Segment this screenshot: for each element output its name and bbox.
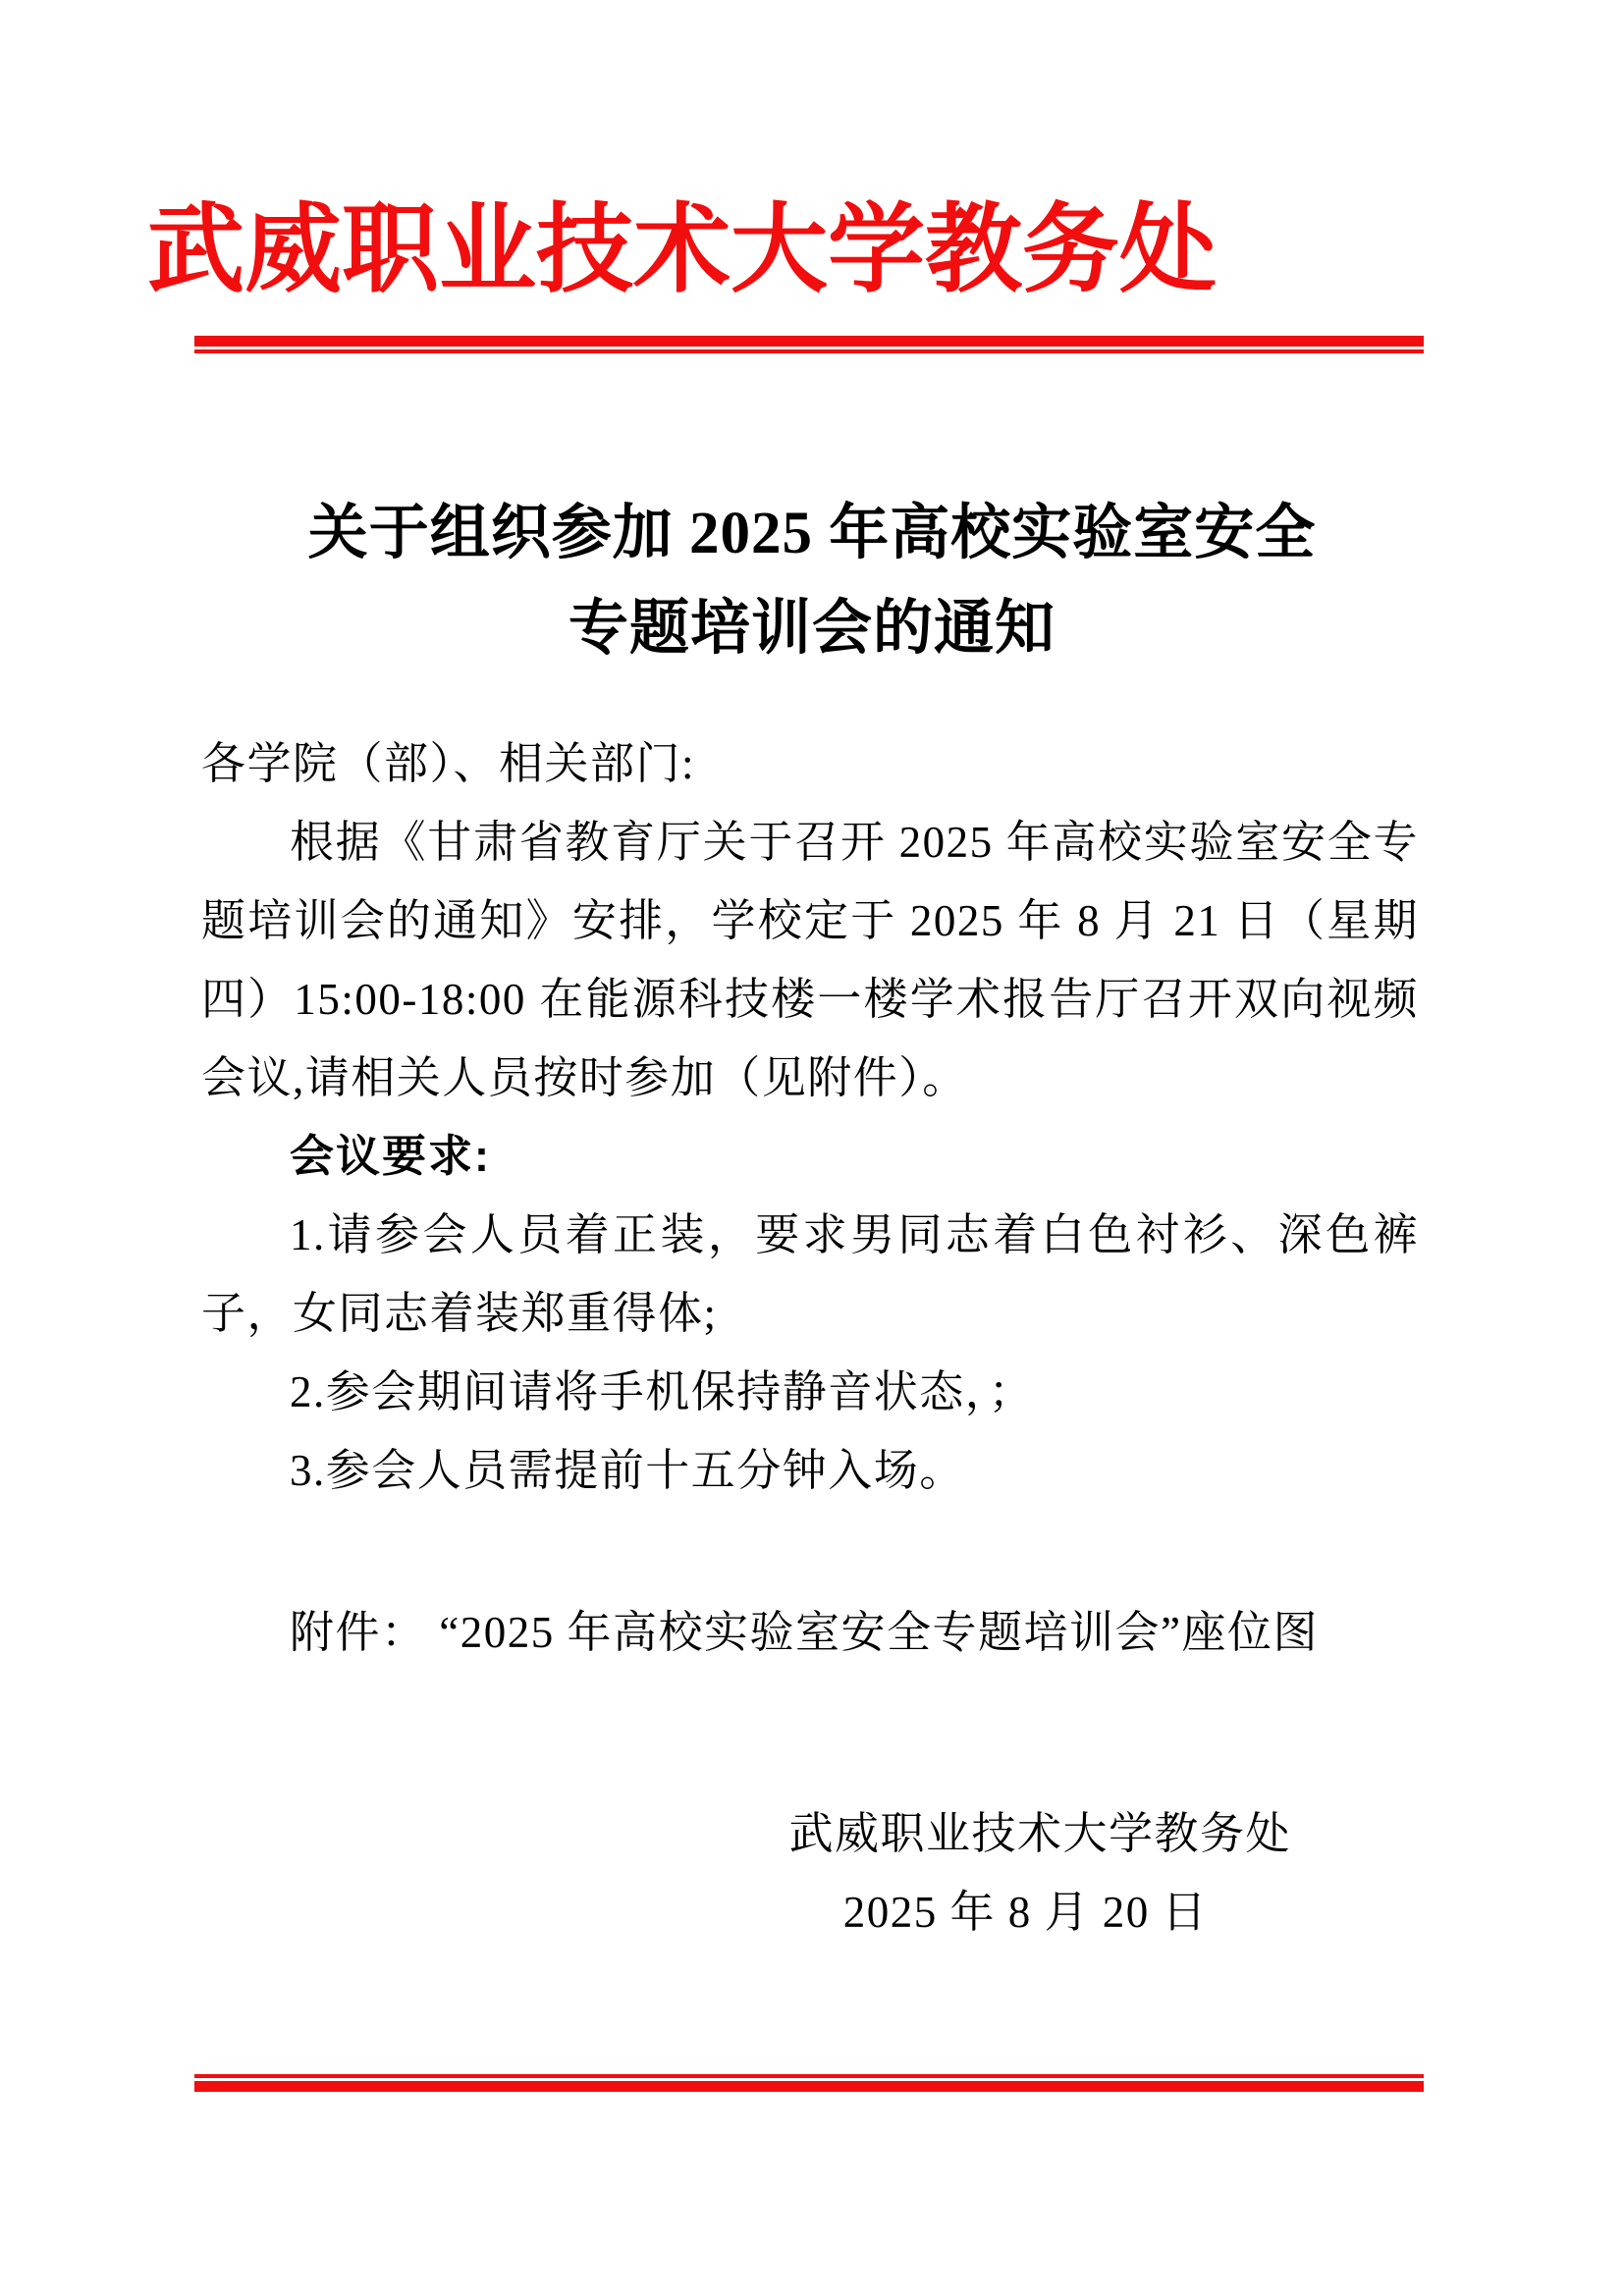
- salutation-line: 各学院（部）、相关部门:: [201, 724, 1419, 803]
- signature-date: 2025 年 8 月 20 日: [201, 1873, 1419, 1951]
- requirements-heading: 会议要求:: [201, 1117, 1419, 1196]
- notice-document-page: 武威职业技术大学教务处 关于组织参加 2025 年高校实验室安全 专题培训会的通…: [0, 0, 1624, 2296]
- letterhead-org-title: 武威职业技术大学教务处: [147, 192, 1217, 311]
- requirement-item-2: 2.参会期间请将手机保持静音状态，；: [201, 1353, 1419, 1431]
- letterhead-divider-thick-line: [194, 336, 1424, 347]
- footer-divider-thick-line: [194, 2081, 1424, 2092]
- footer-divider: [194, 2074, 1424, 2092]
- document-title: 关于组织参加 2025 年高校实验室安全 专题培训会的通知: [0, 486, 1624, 676]
- document-title-line1: 关于组织参加 2025 年高校实验室安全: [0, 486, 1624, 581]
- notice-body: 各学院（部）、相关部门: 根据《甘肃省教育厅关于召开 2025 年高校实验室安全…: [201, 724, 1419, 1672]
- requirement-item-3: 3.参会人员需提前十五分钟入场。: [201, 1431, 1419, 1510]
- attachment-line: 附件： “2025 年高校实验室安全专题培训会”座位图: [201, 1593, 1419, 1672]
- letterhead-divider: [194, 336, 1424, 353]
- intro-paragraph: 根据《甘肃省教育厅关于召开 2025 年高校实验室安全专题培训会的通知》安排，学…: [201, 803, 1419, 1117]
- footer-divider-thin-line: [194, 2074, 1424, 2078]
- requirement-item-1: 1.请参会人员着正装，要求男同志着白色衬衫、深色裤子，女同志着装郑重得体;: [201, 1196, 1419, 1353]
- letterhead-divider-thin-line: [194, 349, 1424, 353]
- signature-org-name: 武威职业技术大学教务处: [201, 1794, 1419, 1873]
- signature-block: 武威职业技术大学教务处 2025 年 8 月 20 日: [201, 1794, 1419, 1951]
- document-title-line2: 专题培训会的通知: [0, 581, 1624, 676]
